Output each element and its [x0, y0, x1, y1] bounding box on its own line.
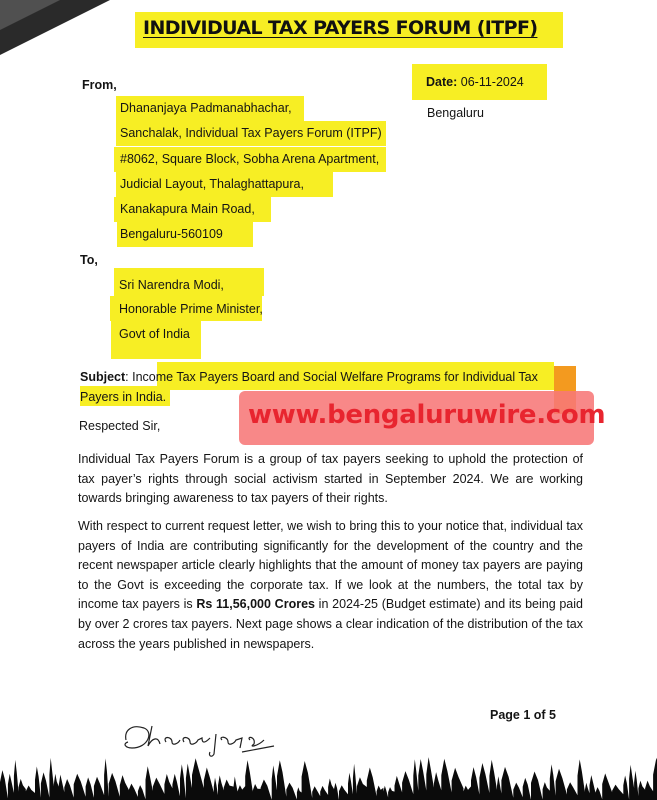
- to-line-2: Honorable Prime Minister,: [110, 296, 262, 321]
- to-line-3: Govt of India: [111, 321, 201, 359]
- from-line-1: Dhananjaya Padmanabhachar,: [116, 96, 304, 121]
- subject-line-1: Subject: Income Tax Payers Board and Soc…: [80, 370, 538, 384]
- date-text: Date: 06-11-2024: [426, 75, 524, 89]
- subject-line-2: Payers in India.: [80, 390, 166, 404]
- subject-label: Subject: [80, 370, 125, 384]
- letterhead-title-text: INDIVIDUAL TAX PAYERS FORUM (ITPF): [143, 17, 537, 39]
- city: Bengaluru: [427, 106, 484, 120]
- page-corner-shadow-light: [0, 0, 60, 30]
- from-line-3: #8062, Square Block, Sobha Arena Apartme…: [114, 147, 386, 172]
- from-line-6: Bengaluru-560109: [117, 222, 253, 247]
- crowd-silhouette-border: [0, 752, 657, 800]
- letterhead-title: INDIVIDUAL TAX PAYERS FORUM (ITPF): [135, 12, 563, 48]
- from-label: From,: [82, 78, 117, 92]
- body-paragraph-2: With respect to current request letter, …: [78, 517, 583, 654]
- tax-amount: Rs 11,56,000 Crores: [196, 597, 315, 611]
- to-label: To,: [80, 253, 98, 267]
- from-line-5: Kanakapura Main Road,: [114, 197, 271, 222]
- page-number: Page 1 of 5: [490, 708, 556, 722]
- body-paragraph-1: Individual Tax Payers Forum is a group o…: [78, 450, 583, 509]
- from-line-2: Sanchalak, Individual Tax Payers Forum (…: [116, 121, 386, 146]
- watermark-text: www.bengaluruwire.com: [248, 400, 605, 430]
- from-line-4: Judicial Layout, Thalaghattapura,: [116, 172, 333, 197]
- date-box: Date: 06-11-2024: [412, 64, 547, 100]
- to-line-1: Sri Narendra Modi,: [114, 268, 264, 296]
- salutation: Respected Sir,: [79, 419, 160, 433]
- watermark-banner: www.bengaluruwire.com: [239, 391, 594, 445]
